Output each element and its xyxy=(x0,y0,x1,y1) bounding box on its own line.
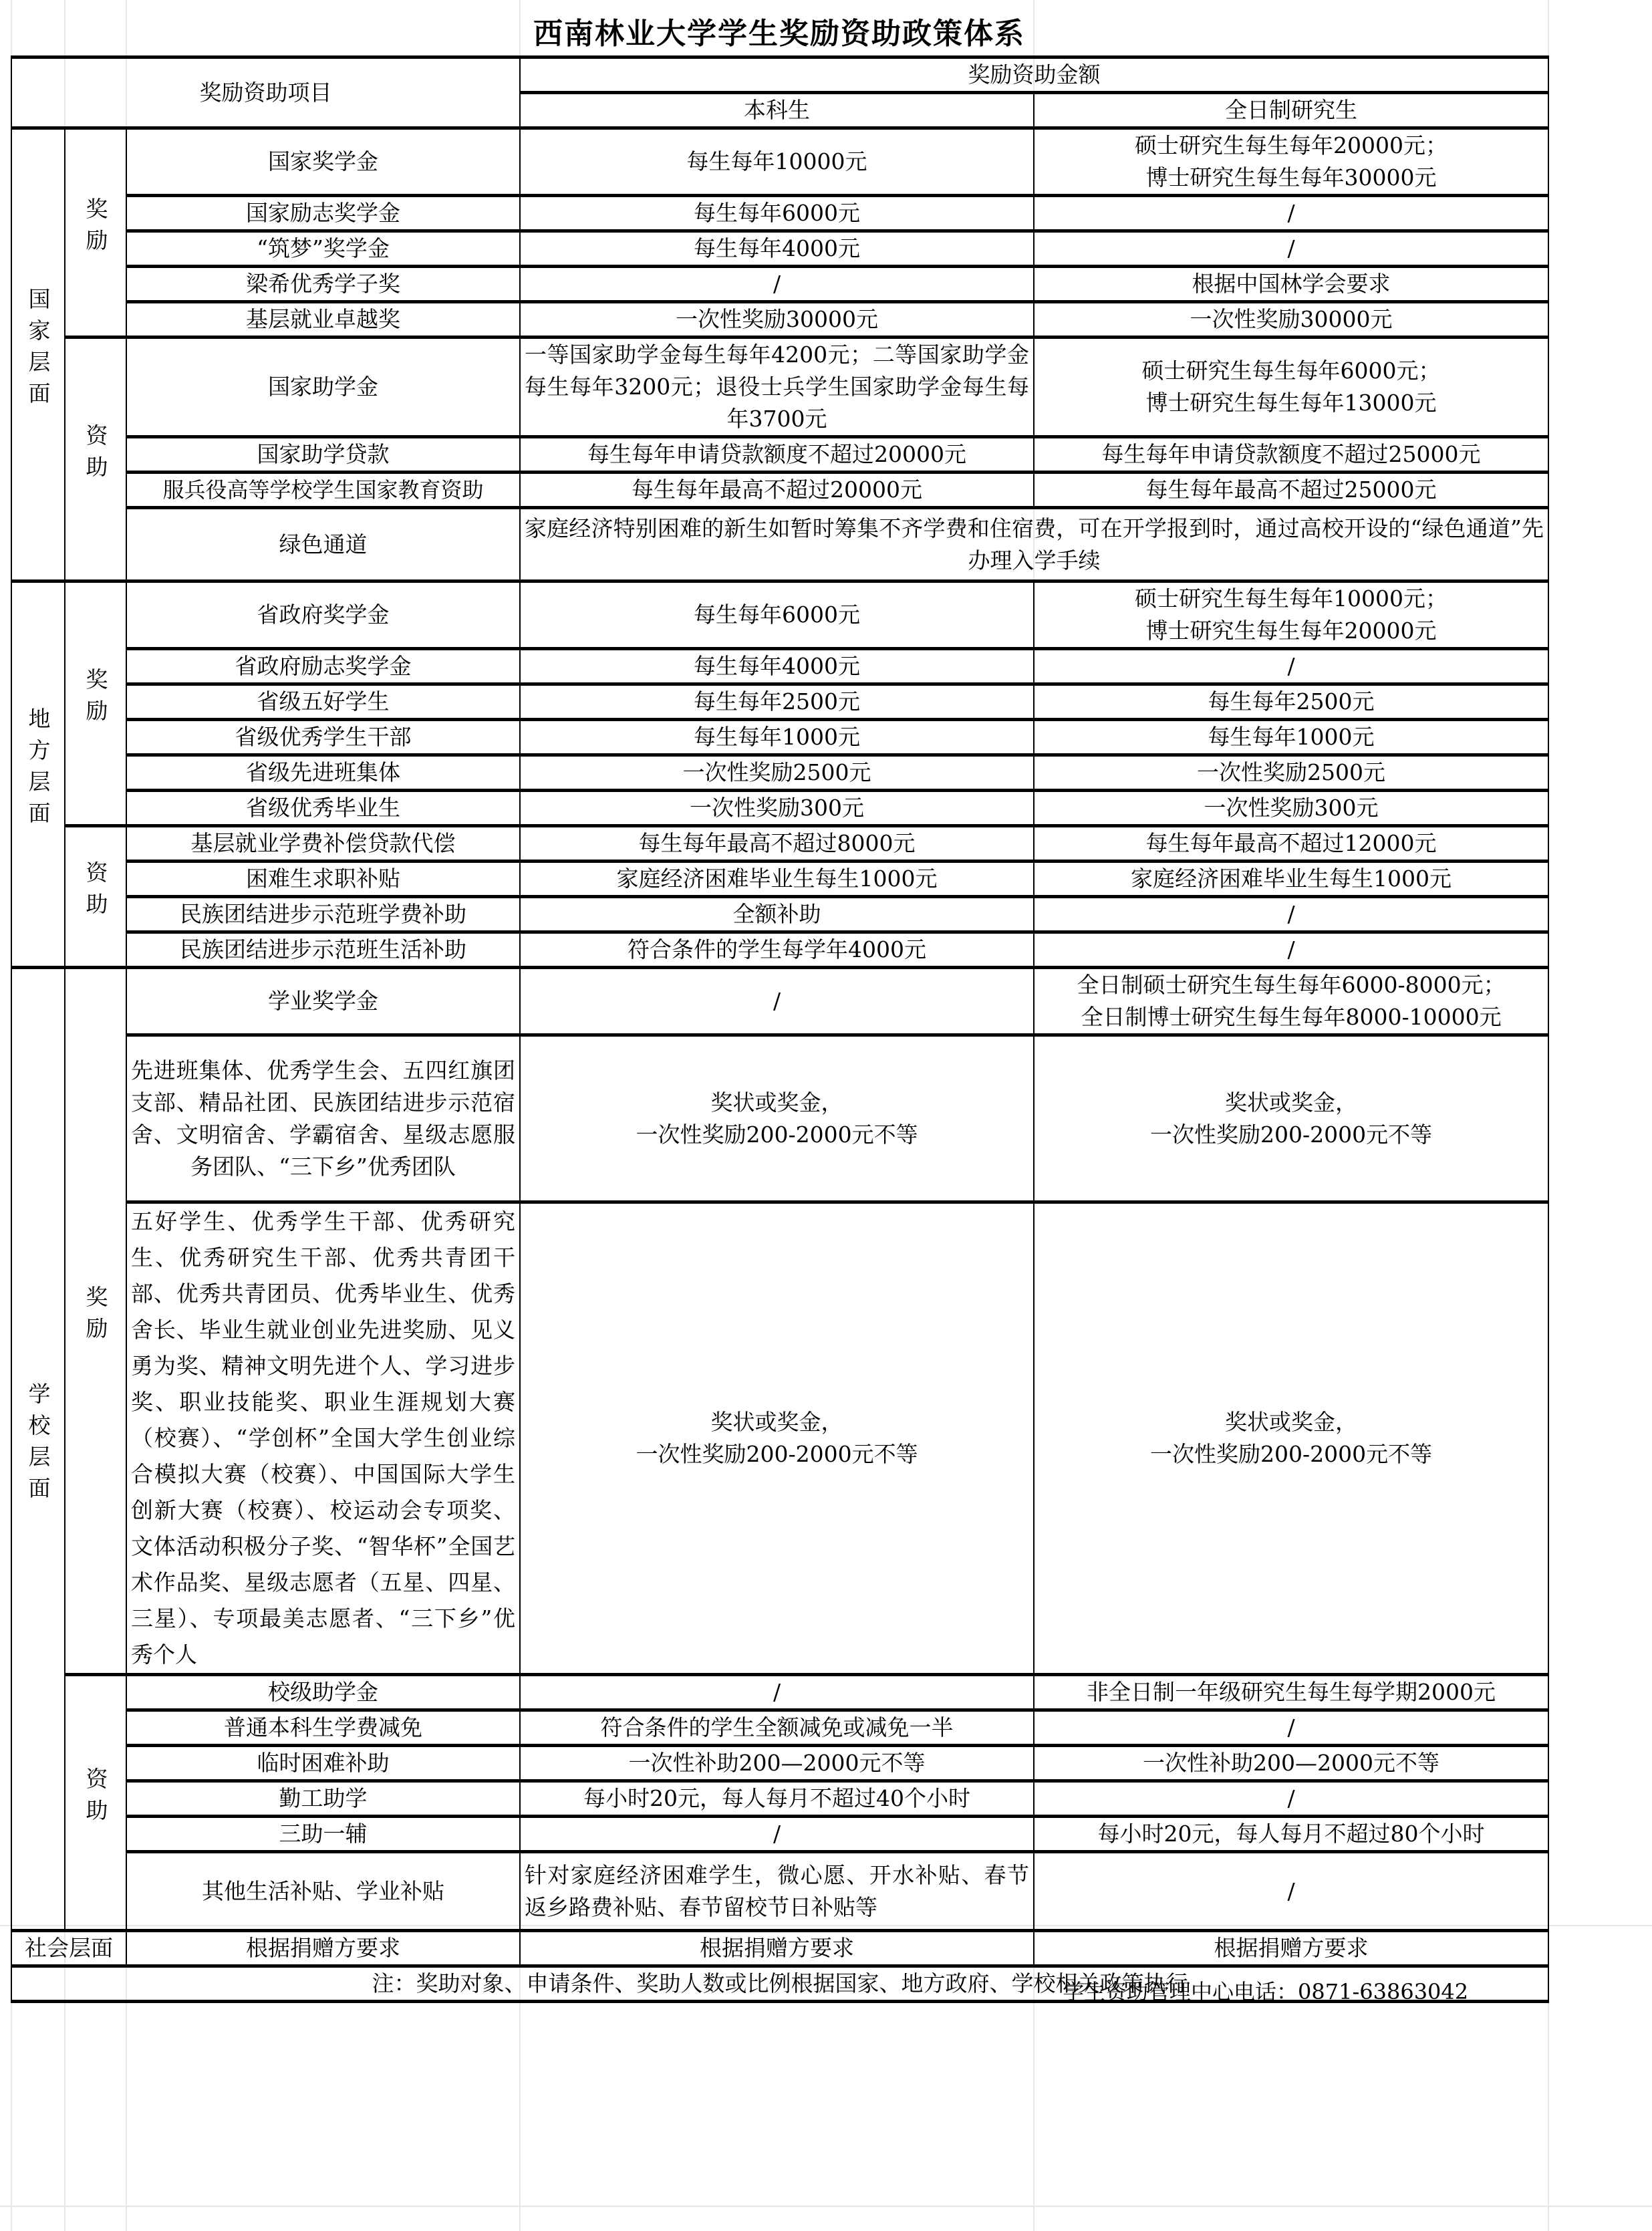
item-cell: 其他生活补贴、学业补贴 xyxy=(126,1852,520,1931)
level-school: 学校层面 xyxy=(11,968,65,1931)
item-cell: 学业奖学金 xyxy=(126,968,520,1035)
item-cell: 省政府励志奖学金 xyxy=(126,649,520,684)
header-undergrad-col: 本科生 xyxy=(520,93,1034,128)
merged-amount-cell: 家庭经济特别困难的新生如暂时筹集不齐学费和住宿费，可在开学报到时，通过高校开设的… xyxy=(520,508,1548,581)
policy-table: 奖励资助项目 奖励资助金额 本科生 全日制研究生 国家层面 奖励 国家奖学金 每… xyxy=(11,55,1549,2003)
level-social: 社会层面 xyxy=(11,1931,126,1966)
item-cell: 国家奖学金 xyxy=(126,128,520,196)
item-cell: 国家励志奖学金 xyxy=(126,196,520,231)
undergrad-cell: 一次性奖励300元 xyxy=(520,791,1034,826)
item-cell: 先进班集体、优秀学生会、五四红旗团支部、精品社团、民族团结进步示范宿舍、文明宿舍… xyxy=(126,1035,520,1202)
grad-cell: / xyxy=(1034,897,1548,932)
grad-cell: 硕士研究生每生每年6000元； 博士研究生每生每年13000元 xyxy=(1034,338,1548,437)
item-cell: 困难生求职补贴 xyxy=(126,862,520,897)
grad-cell: / xyxy=(1034,1781,1548,1817)
contact-phone: 学生资助管理中心电话：0871-63863042 xyxy=(1063,1975,1468,2006)
item-cell: 三助一辅 xyxy=(126,1817,520,1852)
undergrad-cell: 每生每年申请贷款额度不超过20000元 xyxy=(520,437,1034,473)
grad-cell: 每生每年最高不超过12000元 xyxy=(1034,826,1548,862)
category-local-aid: 资助 xyxy=(65,826,126,968)
undergrad-cell: 根据捐赠方要求 xyxy=(520,1931,1034,1966)
item-cell: 校级助学金 xyxy=(126,1675,520,1710)
grad-cell: / xyxy=(1034,649,1548,684)
item-cell: 普通本科生学费减免 xyxy=(126,1710,520,1746)
item-cell: 绿色通道 xyxy=(126,508,520,581)
item-cell: 民族团结进步示范班学费补助 xyxy=(126,897,520,932)
item-cell: 国家助学金 xyxy=(126,338,520,437)
category-school-reward: 奖励 xyxy=(65,968,126,1675)
grad-cell: 奖状或奖金， 一次性奖励200-2000元不等 xyxy=(1034,1035,1548,1202)
grad-cell: 每生每年1000元 xyxy=(1034,720,1548,755)
grad-cell: 全日制硕士研究生每生每年6000-8000元； 全日制博士研究生每生每年8000… xyxy=(1034,968,1548,1035)
undergrad-cell: 一等国家助学金每生每年4200元；二等国家助学金每生每年3200元；退役士兵学生… xyxy=(520,338,1034,437)
undergrad-cell: 每生每年2500元 xyxy=(520,684,1034,720)
undergrad-cell: 每小时20元，每人每月不超过40个小时 xyxy=(520,1781,1034,1817)
grad-cell: 根据捐赠方要求 xyxy=(1034,1931,1548,1966)
undergrad-cell: 符合条件的学生全额减免或减免一半 xyxy=(520,1710,1034,1746)
undergrad-cell: 家庭经济困难毕业生每生1000元 xyxy=(520,862,1034,897)
grad-cell: / xyxy=(1034,231,1548,267)
undergrad-cell: 全额补助 xyxy=(520,897,1034,932)
category-school-aid: 资助 xyxy=(65,1675,126,1931)
grad-cell: 硕士研究生每生每年20000元； 博士研究生每生每年30000元 xyxy=(1034,128,1548,196)
grad-cell: 一次性奖励2500元 xyxy=(1034,755,1548,791)
undergrad-cell: 每生每年4000元 xyxy=(520,649,1034,684)
grad-cell: 一次性补助200—2000元不等 xyxy=(1034,1746,1548,1781)
item-cell: 省级五好学生 xyxy=(126,684,520,720)
item-cell: 勤工助学 xyxy=(126,1781,520,1817)
undergrad-cell: 每生每年最高不超过20000元 xyxy=(520,473,1034,508)
header-item-col: 奖励资助项目 xyxy=(11,57,520,128)
item-cell: 根据捐赠方要求 xyxy=(126,1931,520,1966)
header-amount-group: 奖励资助金额 xyxy=(520,57,1548,93)
grad-cell: / xyxy=(1034,1852,1548,1931)
item-cell: 省级先进班集体 xyxy=(126,755,520,791)
item-cell: 五好学生、优秀学生干部、优秀研究生、优秀研究生干部、优秀共青团干部、优秀共青团员… xyxy=(126,1202,520,1675)
item-cell: 国家助学贷款 xyxy=(126,437,520,473)
undergrad-cell: 每生每年1000元 xyxy=(520,720,1034,755)
sheet-gridline xyxy=(0,2206,1652,2207)
undergrad-cell: / xyxy=(520,1817,1034,1852)
level-national: 国家层面 xyxy=(11,128,65,581)
undergrad-cell: 一次性补助200—2000元不等 xyxy=(520,1746,1034,1781)
grad-cell: 家庭经济困难毕业生每生1000元 xyxy=(1034,862,1548,897)
item-cell: 省级优秀毕业生 xyxy=(126,791,520,826)
grad-cell: 硕士研究生每生每年10000元； 博士研究生每生每年20000元 xyxy=(1034,581,1548,649)
undergrad-cell: 每生每年6000元 xyxy=(520,196,1034,231)
item-cell: 基层就业卓越奖 xyxy=(126,302,520,338)
grad-cell: 根据中国林学会要求 xyxy=(1034,267,1548,302)
undergrad-cell: 每生每年最高不超过8000元 xyxy=(520,826,1034,862)
item-cell: 省政府奖学金 xyxy=(126,581,520,649)
category-national-aid: 资助 xyxy=(65,338,126,581)
item-cell: “筑梦”奖学金 xyxy=(126,231,520,267)
undergrad-cell: / xyxy=(520,267,1034,302)
grad-cell: / xyxy=(1034,932,1548,968)
category-local-reward: 奖励 xyxy=(65,581,126,826)
undergrad-cell: 一次性奖励30000元 xyxy=(520,302,1034,338)
item-cell: 临时困难补助 xyxy=(126,1746,520,1781)
undergrad-cell: 符合条件的学生每学年4000元 xyxy=(520,932,1034,968)
grad-cell: 每生每年最高不超过25000元 xyxy=(1034,473,1548,508)
grad-cell: / xyxy=(1034,196,1548,231)
undergrad-cell: 每生每年4000元 xyxy=(520,231,1034,267)
level-local: 地方层面 xyxy=(11,581,65,968)
grad-cell: 一次性奖励30000元 xyxy=(1034,302,1548,338)
category-national-reward: 奖励 xyxy=(65,128,126,338)
grad-cell: 每生每年申请贷款额度不超过25000元 xyxy=(1034,437,1548,473)
grad-cell: 奖状或奖金， 一次性奖励200-2000元不等 xyxy=(1034,1202,1548,1675)
grad-cell: 非全日制一年级研究生每生每学期2000元 xyxy=(1034,1675,1548,1710)
undergrad-cell: 针对家庭经济困难学生，微心愿、开水补贴、春节返乡路费补贴、春节留校节日补贴等 xyxy=(520,1852,1034,1931)
item-cell: 基层就业学费补偿贷款代偿 xyxy=(126,826,520,862)
grad-cell: / xyxy=(1034,1710,1548,1746)
item-cell: 省级优秀学生干部 xyxy=(126,720,520,755)
item-cell: 民族团结进步示范班生活补助 xyxy=(126,932,520,968)
page-title: 西南林业大学学生奖励资助政策体系 xyxy=(11,13,1548,55)
grad-cell: 一次性奖励300元 xyxy=(1034,791,1548,826)
undergrad-cell: 奖状或奖金， 一次性奖励200-2000元不等 xyxy=(520,1202,1034,1675)
undergrad-cell: 奖状或奖金， 一次性奖励200-2000元不等 xyxy=(520,1035,1034,1202)
item-cell: 梁希优秀学子奖 xyxy=(126,267,520,302)
undergrad-cell: 每生每年6000元 xyxy=(520,581,1034,649)
undergrad-cell: 一次性奖励2500元 xyxy=(520,755,1034,791)
grad-cell: 每生每年2500元 xyxy=(1034,684,1548,720)
undergrad-cell: / xyxy=(520,1675,1034,1710)
undergrad-cell: / xyxy=(520,968,1034,1035)
grad-cell: 每小时20元，每人每月不超过80个小时 xyxy=(1034,1817,1548,1852)
undergrad-cell: 每生每年10000元 xyxy=(520,128,1034,196)
header-grad-col: 全日制研究生 xyxy=(1034,93,1548,128)
item-cell: 服兵役高等学校学生国家教育资助 xyxy=(126,473,520,508)
